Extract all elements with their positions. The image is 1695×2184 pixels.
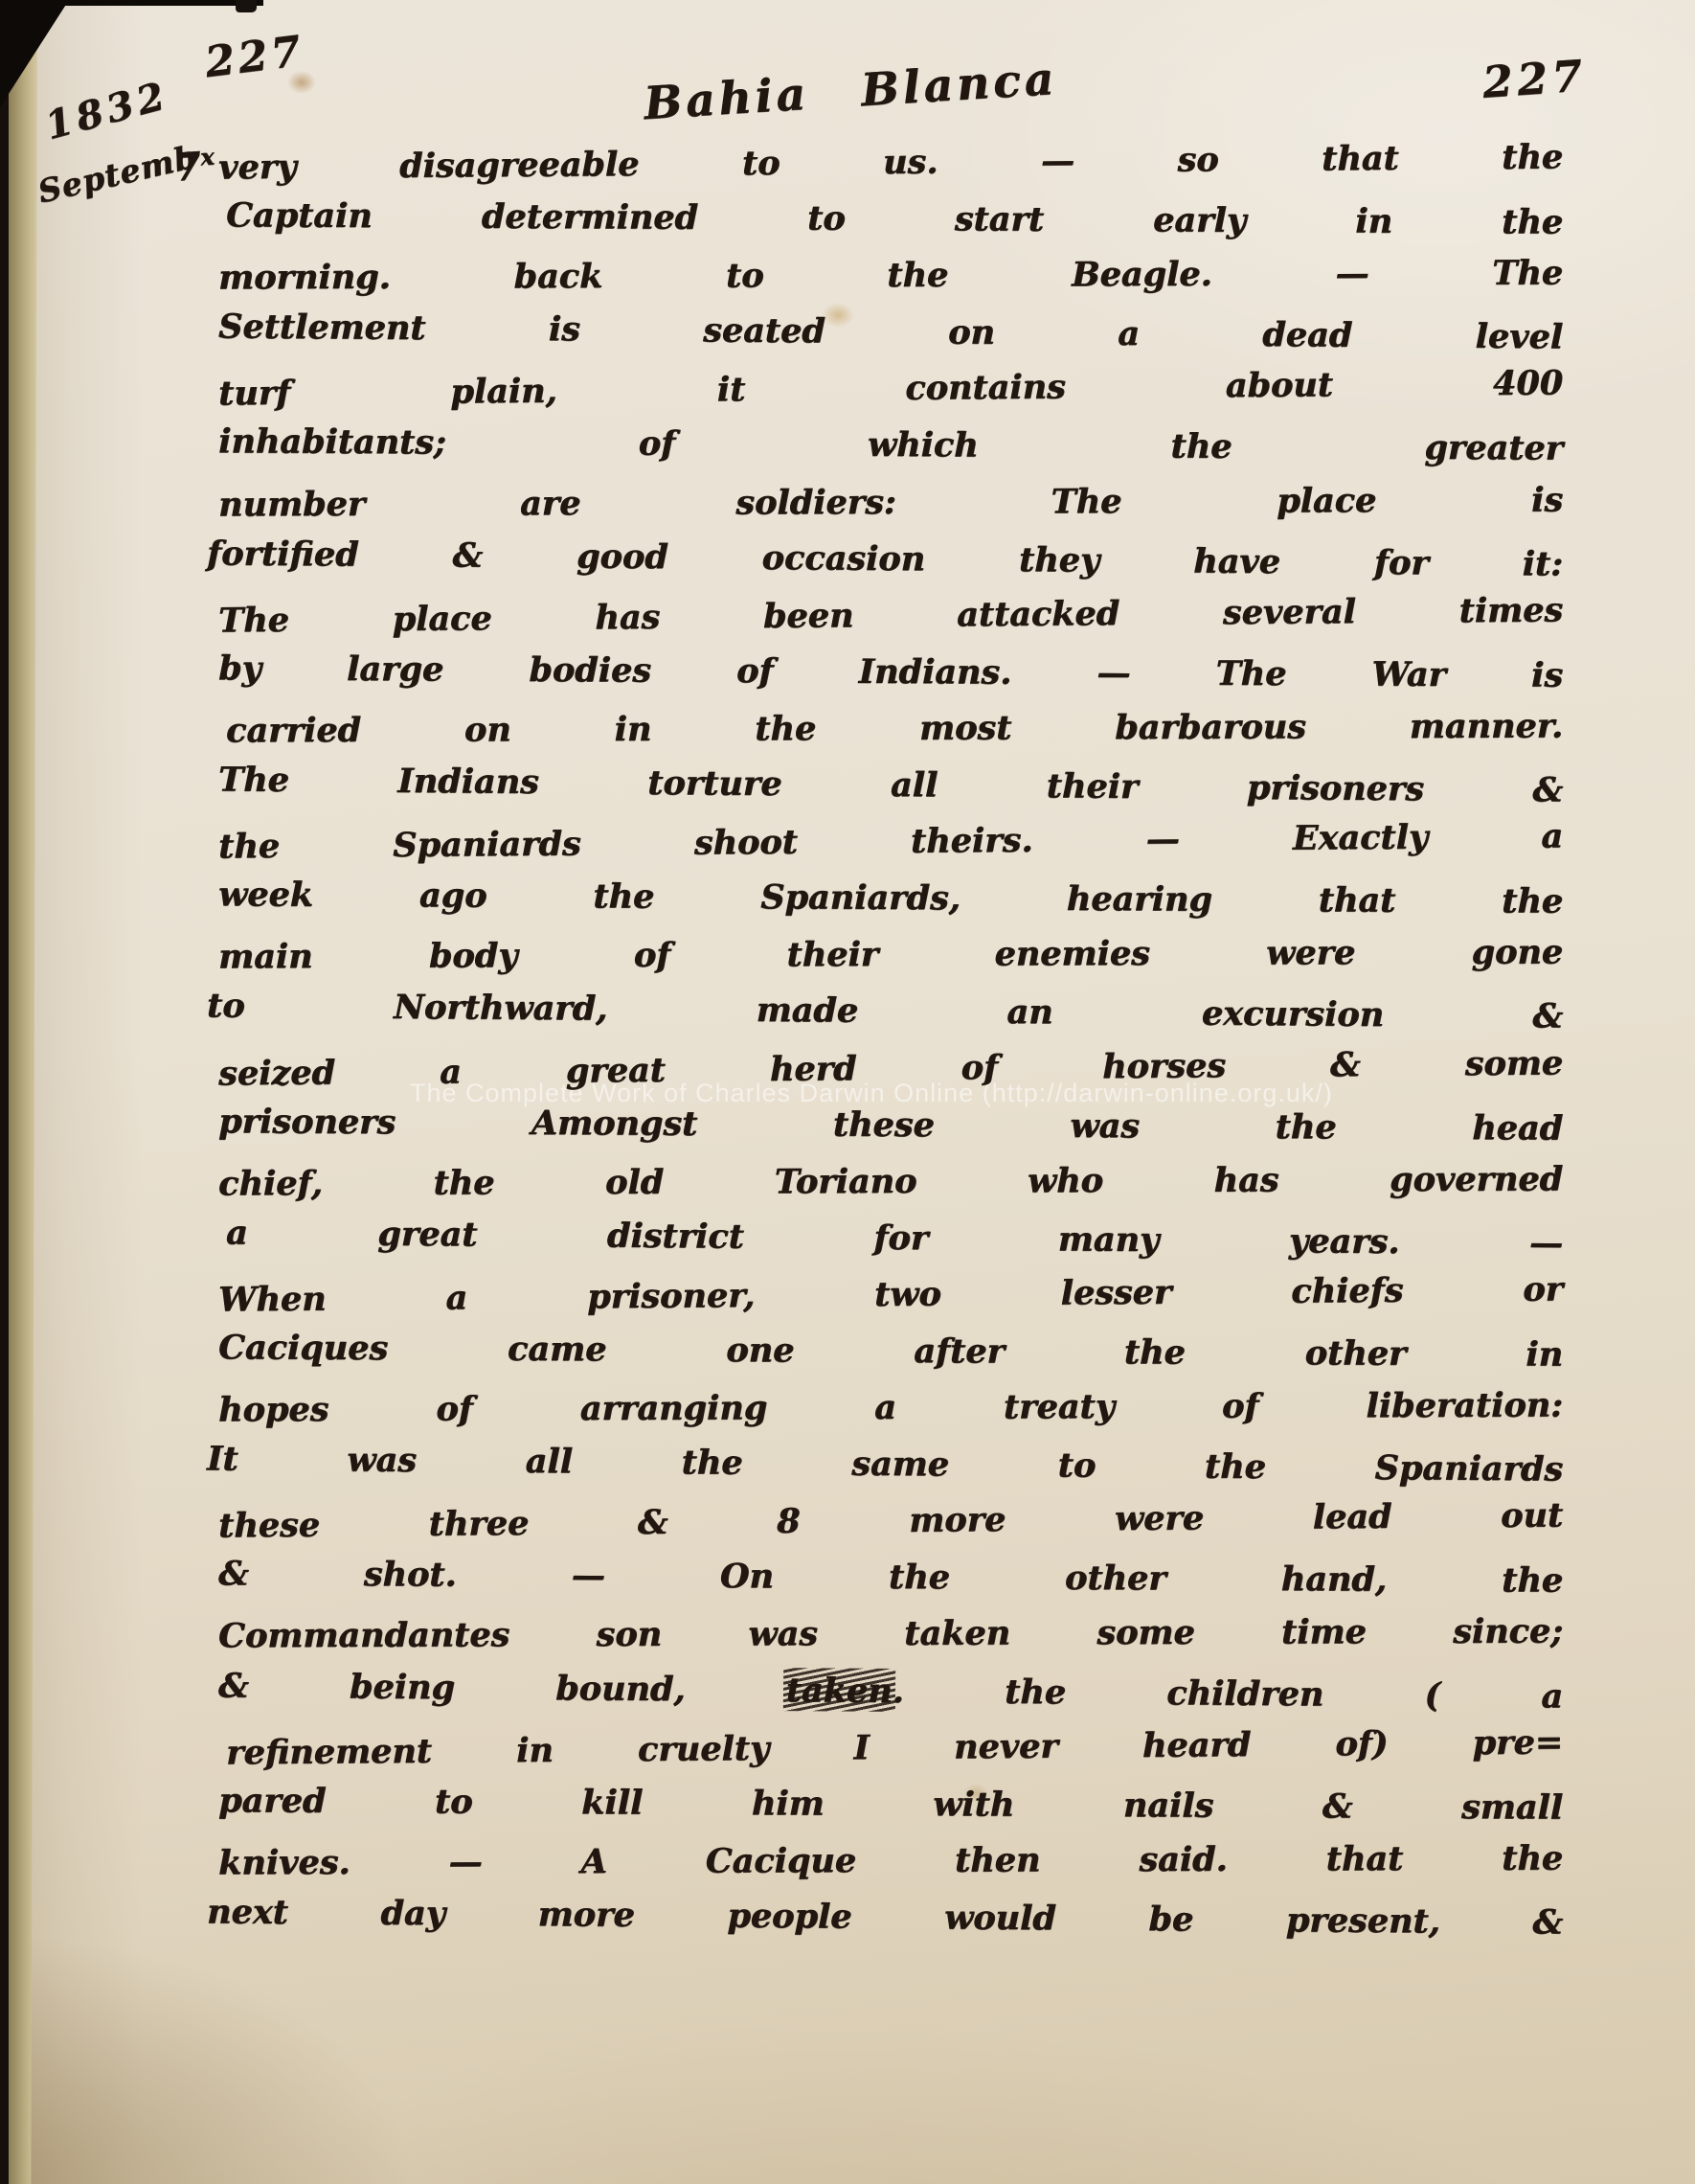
manuscript-line: number are soldiers: The place is (218, 471, 1563, 533)
manuscript-line: inhabitants; of which the greater (218, 414, 1563, 477)
manuscript-line: these three & 8 more were lead out (218, 1488, 1563, 1555)
manuscript-line: refinement in cruelty I never heard of) … (226, 1714, 1563, 1781)
book-edge-pages (9, 0, 37, 2184)
top-edge-shadow (0, 0, 263, 6)
manuscript-line: prisoners Amongst these was the head (218, 1093, 1563, 1156)
manuscript-line: chief, the old Toriano who has governed (218, 1150, 1563, 1212)
manuscript-line: Captain determined to start early in the (226, 187, 1563, 250)
manuscript-body: very disagreeable to us. — so that the C… (218, 134, 1563, 1945)
manuscript-line: seized a great herd of horses & some (218, 1035, 1563, 1102)
manuscript-line: main body of their enemies were gone (218, 924, 1563, 986)
margin-day-suffix: x (199, 143, 215, 171)
margin-day: 7x (172, 143, 215, 191)
page-number-left: 227 (202, 27, 306, 87)
page-title: Bahia Blanca (643, 53, 1059, 130)
manuscript-line: fortified & good occasion they have for … (207, 525, 1563, 592)
top-edge-notch (236, 0, 257, 12)
manuscript-line: The Indians torture all their prisoners … (218, 752, 1563, 819)
line-text: . the children ( a (892, 1672, 1563, 1716)
manuscript-line: the Spaniards shoot theirs. — Exactly a (218, 808, 1563, 876)
manuscript-line: The place has been attacked several time… (218, 581, 1563, 648)
manuscript-line: week ago the Spaniards, hearing that the (218, 867, 1563, 930)
manuscript-line: When a prisoner, two lesser chiefs or (218, 1261, 1563, 1328)
manuscript-line: & shot. — On the other hand, the (218, 1546, 1563, 1609)
manuscript-line: carried on in the most barbarous manner. (226, 698, 1563, 760)
margin-day-number: 7 (172, 144, 202, 191)
manuscript-line: hopes of arranging a treaty of liberatio… (218, 1377, 1563, 1439)
book-edge-dark (0, 0, 10, 2184)
manuscript-line: turf plain, it contains about 400 (218, 355, 1563, 422)
line-text: & being bound, (218, 1666, 786, 1710)
manuscript-line: & being bound, taken. the children ( a (218, 1657, 1563, 1724)
manuscript-line: knives. — A Cacique then said. that the (218, 1830, 1563, 1891)
manuscript-line: morning. back to the Beagle. — The (218, 245, 1563, 307)
manuscript-line: Commandantes son was taken some time sin… (218, 1604, 1563, 1665)
manuscript-page: 227 Bahia Blanca 227 1832 Septemb 7x The… (0, 0, 1695, 2184)
struck-word: taken (786, 1662, 893, 1719)
manuscript-line: by large bodies of Indians. — The War is (218, 640, 1563, 703)
manuscript-line: a great district for many years. — (226, 1204, 1563, 1271)
manuscript-line: to Northward, made an excursion & (207, 978, 1563, 1045)
margin-year: 1832 (40, 73, 173, 148)
manuscript-line: next day more people would be present, & (207, 1883, 1563, 1950)
page-number-right: 227 (1480, 50, 1588, 107)
manuscript-line: Caciques came one after the other in (218, 1319, 1563, 1382)
manuscript-line: very disagreeable to us. — so that the (218, 128, 1563, 195)
manuscript-line: pared to kill him with nails & small (218, 1772, 1563, 1835)
